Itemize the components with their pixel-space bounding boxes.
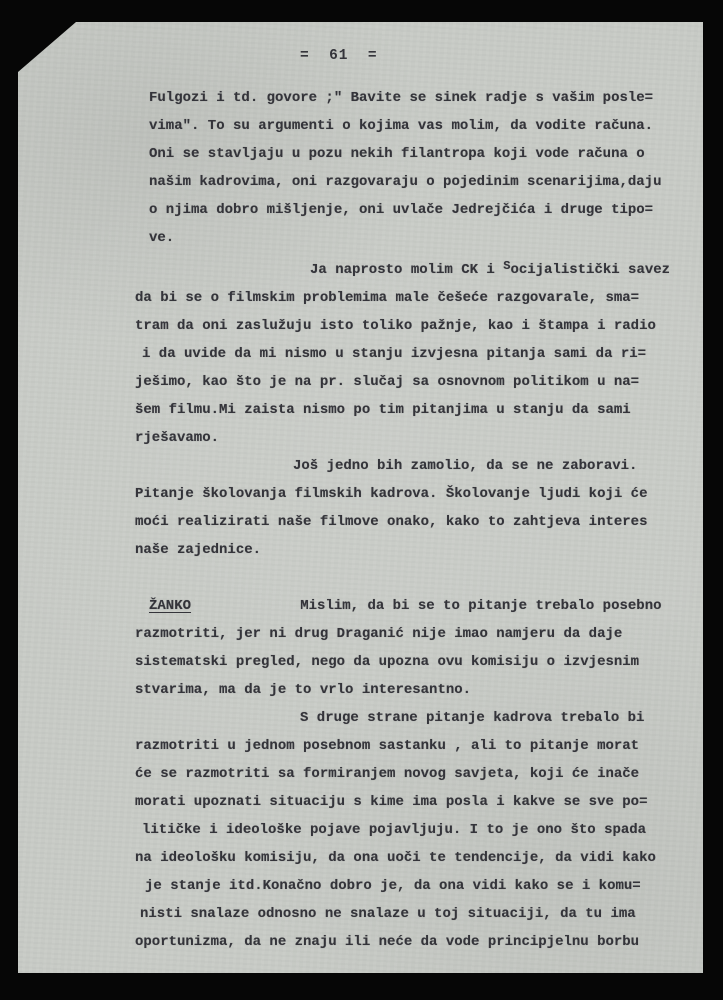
text-line: Još jedno bih zamolio, da se ne zaboravi… xyxy=(135,452,680,480)
text-segment: rješavamo. xyxy=(135,430,219,446)
text-segment: ve. xyxy=(149,230,174,246)
text-line xyxy=(135,564,680,592)
text-line: da bi se o filmskim problemima male češe… xyxy=(135,284,680,312)
text-segment: o njima dobro mišljenje, oni uvlače Jedr… xyxy=(149,202,653,218)
text-line: ješimo, kao što je na pr. slučaj sa osno… xyxy=(135,368,680,396)
speaker-name: ŽANKO xyxy=(149,598,191,614)
text-segment: oportunizma, da ne znaju ili neće da vod… xyxy=(135,934,639,950)
text-line: i da uvide da mi nismo u stanju izvjesna… xyxy=(135,340,680,368)
text-line: oportunizma, da ne znaju ili neće da vod… xyxy=(135,928,680,956)
text-line: na ideološku komisiju, da ona uoči te te… xyxy=(135,844,680,872)
text-segment: da bi se o filmskim problemima male češe… xyxy=(135,290,639,306)
text-line: morati upoznati situaciju s kime ima pos… xyxy=(135,788,680,816)
text-segment: naše zajednice. xyxy=(135,542,261,558)
text-line: će se razmotriti sa formiranjem novog sa… xyxy=(135,760,680,788)
text-segment: Mislim, da bi se to pitanje trebalo pose… xyxy=(191,598,661,614)
text-line: sistematski pregled, nego da upozna ovu … xyxy=(135,648,680,676)
text-line: tram da oni zaslužuju isto toliko pažnje… xyxy=(135,312,680,340)
text-segment: ješimo, kao što je na pr. slučaj sa osno… xyxy=(135,374,639,390)
text-segment: stvarima, ma da je to vrlo interesantno. xyxy=(135,682,471,698)
text-line: stvarima, ma da je to vrlo interesantno. xyxy=(135,676,680,704)
text-segment: na ideološku komisiju, da ona uoči te te… xyxy=(135,850,656,866)
text-line: Pitanje školovanja filmskih kadrova. Ško… xyxy=(135,480,680,508)
text-segment: vima". To su argumenti o kojima vas moli… xyxy=(149,118,653,134)
text-line: Oni se stavljaju u pozu nekih filantropa… xyxy=(135,140,680,168)
text-segment: Fulgozi i td. govore ;" Bavite se sinek … xyxy=(149,90,653,106)
text-segment: ocijalistički savez xyxy=(510,262,670,278)
text-segment: moći realizirati naše filmove onako, kak… xyxy=(135,514,647,530)
text-segment: Ja naprosto molim CK i xyxy=(310,262,503,278)
document-page: = 61 = Fulgozi i td. govore ;" Bavite se… xyxy=(18,22,703,973)
text-segment: šem filmu.Mi zaista nismo po tim pitanji… xyxy=(135,402,631,418)
text-segment: tram da oni zaslužuju isto toliko pažnje… xyxy=(135,318,656,334)
text-segment: Oni se stavljaju u pozu nekih filantropa… xyxy=(149,146,645,162)
text-segment: sistematski pregled, nego da upozna ovu … xyxy=(135,654,639,670)
text-segment: S druge strane pitanje kadrova trebalo b… xyxy=(300,710,644,726)
text-line: nisti snalaze odnosno ne snalaze u toj s… xyxy=(135,900,680,928)
scan-background: = 61 = Fulgozi i td. govore ;" Bavite se… xyxy=(0,0,723,1000)
text-line: ŽANKO Mislim, da bi se to pitanje trebal… xyxy=(135,592,680,620)
text-line: Fulgozi i td. govore ;" Bavite se sinek … xyxy=(135,84,680,112)
text-line: rješavamo. xyxy=(135,424,680,452)
text-segment: će se razmotriti sa formiranjem novog sa… xyxy=(135,766,639,782)
page-number: = 61 = xyxy=(300,48,378,64)
text-segment: Pitanje školovanja filmskih kadrova. Ško… xyxy=(135,486,647,502)
text-line: ve. xyxy=(135,224,680,252)
text-line: o njima dobro mišljenje, oni uvlače Jedr… xyxy=(135,196,680,224)
text-line: Ja naprosto molim CK i Socijalistički sa… xyxy=(135,252,680,284)
text-line: je stanje itd.Konačno dobro je, da ona v… xyxy=(135,872,680,900)
text-line: naše zajednice. xyxy=(135,536,680,564)
text-line: litičke i ideološke pojave pojavljuju. I… xyxy=(135,816,680,844)
text-segment: razmotriti, jer ni drug Draganić nije im… xyxy=(135,626,622,642)
text-segment: razmotriti u jednom posebnom sastanku , … xyxy=(135,738,639,754)
text-line: moći realizirati naše filmove onako, kak… xyxy=(135,508,680,536)
document-body: Fulgozi i td. govore ;" Bavite se sinek … xyxy=(135,84,680,956)
text-segment: Još jedno bih zamolio, da se ne zaboravi… xyxy=(293,458,637,474)
text-line: razmotriti, jer ni drug Draganić nije im… xyxy=(135,620,680,648)
text-line: našim kadrovima, oni razgovaraju o pojed… xyxy=(135,168,680,196)
text-segment: morati upoznati situaciju s kime ima pos… xyxy=(135,794,647,810)
text-segment: našim kadrovima, oni razgovaraju o pojed… xyxy=(149,174,661,190)
text-line: šem filmu.Mi zaista nismo po tim pitanji… xyxy=(135,396,680,424)
text-segment: i da uvide da mi nismo u stanju izvjesna… xyxy=(142,346,646,362)
text-segment: litičke i ideološke pojave pojavljuju. I… xyxy=(142,822,646,838)
text-segment: nisti snalaze odnosno ne snalaze u toj s… xyxy=(140,906,636,922)
text-line: razmotriti u jednom posebnom sastanku , … xyxy=(135,732,680,760)
text-line: S druge strane pitanje kadrova trebalo b… xyxy=(135,704,680,732)
text-line: vima". To su argumenti o kojima vas moli… xyxy=(135,112,680,140)
text-segment: je stanje itd.Konačno dobro je, da ona v… xyxy=(145,878,641,894)
